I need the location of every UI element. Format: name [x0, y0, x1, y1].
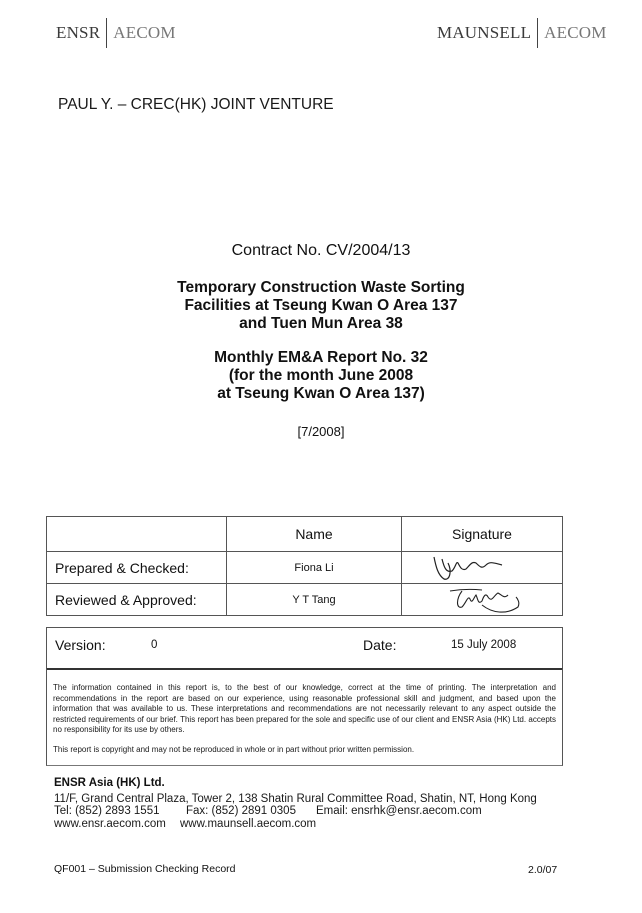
- logo-primary: ENSR: [56, 23, 100, 43]
- maunsell-aecom-logo: MAUNSELL AECOM: [437, 18, 607, 48]
- company-contact: 11/F, Grand Central Plaza, Tower 2, 138 …: [54, 793, 537, 830]
- copyright-notice: This report is copyright and may not be …: [53, 745, 414, 754]
- table-row: Prepared & Checked: Fiona Li: [47, 552, 563, 584]
- report-line: at Tseung Kwan O Area 137): [0, 385, 642, 403]
- version-label: Version:: [55, 637, 106, 653]
- signature-yt-tang-icon: [422, 585, 542, 615]
- ensr-aecom-logo: ENSR AECOM: [56, 18, 176, 48]
- website-maunsell[interactable]: www.maunsell.aecom.com: [180, 818, 316, 830]
- project-title: Temporary Construction Waste Sorting Fac…: [0, 279, 642, 333]
- logo-secondary: AECOM: [544, 23, 606, 43]
- signature-cell: [402, 584, 563, 616]
- version-date-box: Version: 0 Date: 15 July 2008: [46, 627, 563, 670]
- form-version: 2.0/07: [528, 864, 557, 876]
- signature-fiona-li-icon: [422, 553, 542, 583]
- date-label: Date:: [363, 637, 396, 653]
- company-fax: Fax: (852) 2891 0305: [186, 805, 316, 817]
- version-value: 0: [151, 639, 157, 651]
- company-email[interactable]: Email: ensrhk@ensr.aecom.com: [316, 805, 482, 817]
- role-cell: Prepared & Checked:: [47, 552, 227, 584]
- company-tel: Tel: (852) 2893 1551: [54, 805, 186, 817]
- joint-venture-name: PAUL Y. – CREC(HK) JOINT VENTURE: [58, 96, 334, 114]
- name-cell: Y T Tang: [227, 584, 402, 616]
- form-name: QF001 – Submission Checking Record: [54, 863, 236, 875]
- website-ensr[interactable]: www.ensr.aecom.com: [54, 818, 180, 830]
- logo-secondary: AECOM: [113, 23, 175, 43]
- title-line: Facilities at Tseung Kwan O Area 137: [0, 297, 642, 315]
- contract-number: Contract No. CV/2004/13: [0, 242, 642, 260]
- report-title: Monthly EM&A Report No. 32 (for the mont…: [0, 349, 642, 403]
- header-cell-name: Name: [227, 517, 402, 552]
- role-cell: Reviewed & Approved:: [47, 584, 227, 616]
- logo-primary: MAUNSELL: [437, 23, 531, 43]
- logo-divider: [537, 18, 538, 48]
- title-line: Temporary Construction Waste Sorting: [0, 279, 642, 297]
- header-cell-signature: Signature: [402, 517, 563, 552]
- disclaimer-text: The information contained in this report…: [53, 683, 556, 736]
- report-reference: [7/2008]: [0, 424, 642, 439]
- disclaimer-box: The information contained in this report…: [46, 669, 563, 766]
- logo-divider: [106, 18, 107, 48]
- date-value: 15 July 2008: [451, 639, 516, 651]
- header-cell: [47, 517, 227, 552]
- company-address: 11/F, Grand Central Plaza, Tower 2, 138 …: [54, 793, 537, 805]
- web-line: www.ensr.aecom.comwww.maunsell.aecom.com: [54, 818, 537, 830]
- company-name: ENSR Asia (HK) Ltd.: [54, 777, 165, 789]
- signature-cell: [402, 552, 563, 584]
- report-line: (for the month June 2008: [0, 367, 642, 385]
- report-line: Monthly EM&A Report No. 32: [0, 349, 642, 367]
- table-row: Reviewed & Approved: Y T Tang: [47, 584, 563, 616]
- title-line: and Tuen Mun Area 38: [0, 315, 642, 333]
- name-cell: Fiona Li: [227, 552, 402, 584]
- contact-line: Tel: (852) 2893 1551Fax: (852) 2891 0305…: [54, 805, 537, 817]
- signature-table: Name Signature Prepared & Checked: Fiona…: [46, 516, 563, 616]
- table-header-row: Name Signature: [47, 517, 563, 552]
